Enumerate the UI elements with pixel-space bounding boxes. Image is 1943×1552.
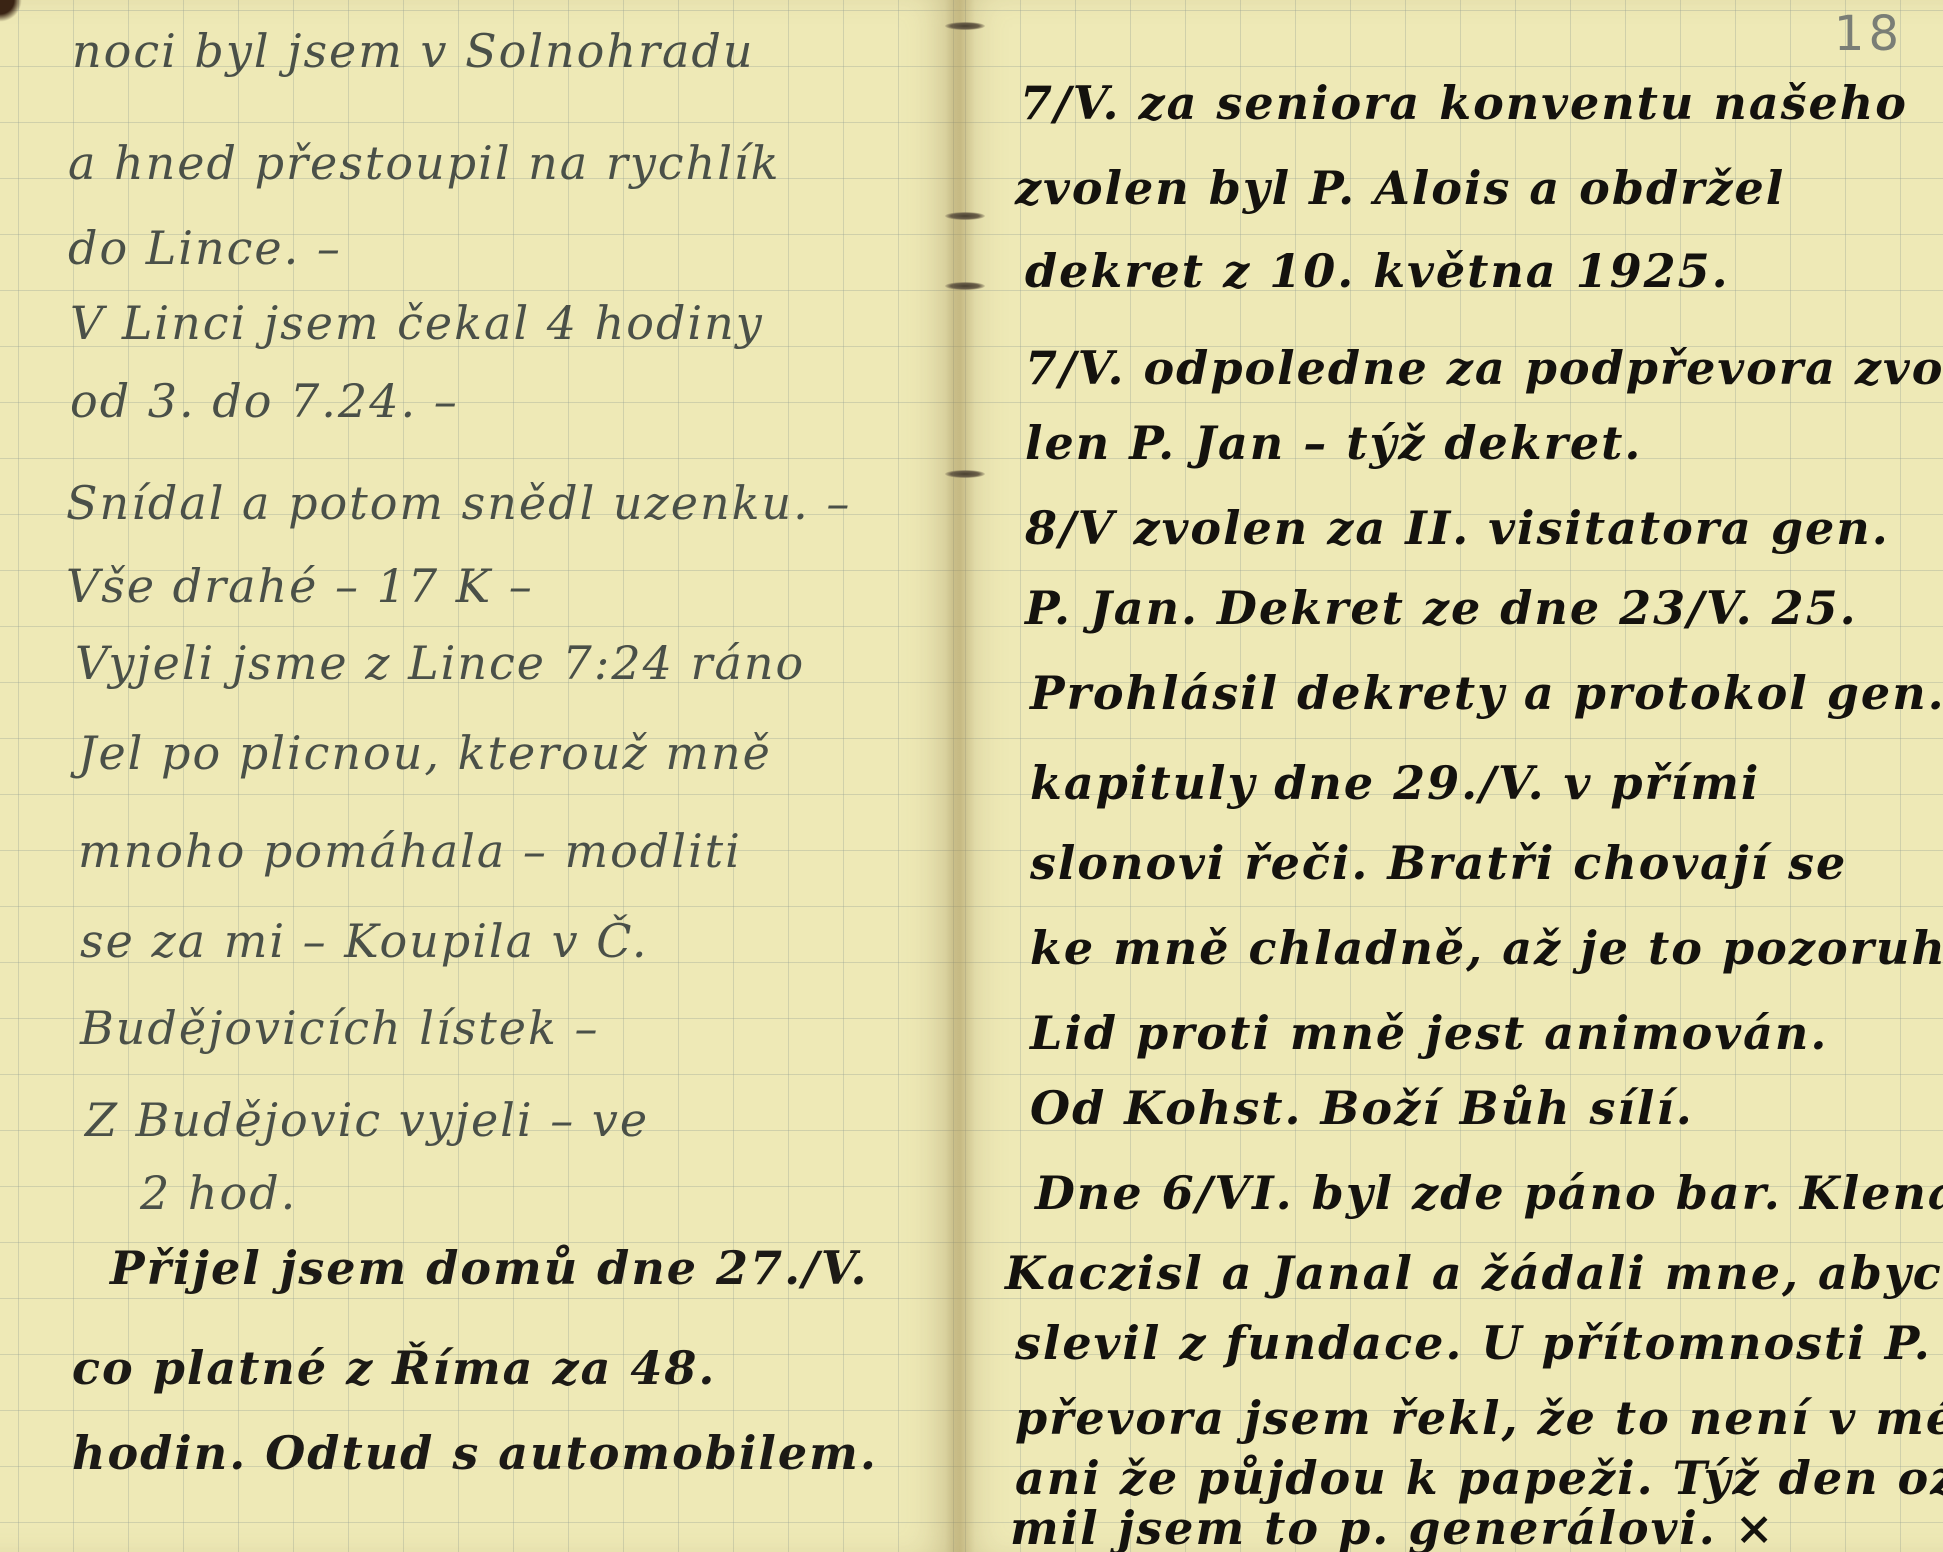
left-line-1: noci byl jsem v Solnohradu — [72, 28, 754, 74]
left-line-3: do Lince. – — [68, 225, 342, 271]
binding-corner — [0, 0, 22, 22]
right-line-2: zvolen byl P. Alois a obdržel — [1015, 165, 1785, 211]
right-line-11: ke mně chladně, až je to pozoruhodné. — [1030, 925, 1943, 971]
right-line-3: dekret z 10. května 1925. — [1025, 248, 1730, 294]
notebook-spread: noci byl jsem v Solnohradu a hned přesto… — [0, 0, 1943, 1552]
right-line-15: Kaczisl a Janal a žádali mne, abych — [1005, 1250, 1943, 1296]
staple-1 — [945, 22, 985, 30]
right-line-10: slonovi řeči. Bratři chovají se — [1030, 840, 1847, 886]
right-line-9: kapituly dne 29./V. v přími — [1030, 760, 1760, 806]
right-line-5: len P. Jan – týž dekret. — [1025, 420, 1642, 466]
right-line-12: Lid proti mně jest animován. — [1030, 1010, 1828, 1056]
right-line-6: 8/V zvolen za II. visitatora gen. — [1025, 505, 1890, 551]
left-line-4: V Linci jsem čekal 4 hodiny — [70, 300, 764, 346]
right-line-7: P. Jan. Dekret ze dne 23/V. 25. — [1025, 585, 1858, 631]
right-line-14: Dne 6/VI. byl zde páno bar. Klenauy a — [1035, 1170, 1943, 1216]
left-line-10: mnoho pomáhala – modliti — [78, 828, 742, 874]
left-line-6: Snídal a potom snědl uzenku. – — [66, 480, 851, 526]
staple-2 — [945, 212, 985, 220]
staple-3 — [945, 282, 985, 290]
right-line-13: Od Kohst. Boží Bůh sílí. — [1030, 1085, 1694, 1131]
staple-4 — [945, 470, 985, 478]
left-line-13: Z Budějovic vyjeli – ve — [85, 1097, 649, 1143]
page-number: 18 — [1834, 6, 1903, 62]
left-line-16: co platné z Říma za 48. — [72, 1345, 716, 1391]
right-page: 18 7/V. za seniora konventu našeho zvole… — [955, 0, 1943, 1552]
book-gutter — [945, 0, 975, 1552]
left-line-17: hodin. Odtud s automobilem. — [72, 1430, 878, 1476]
right-line-16: slevil z fundace. U přítomnosti P. pod- — [1015, 1320, 1943, 1366]
right-line-19: mil jsem to p. generálovi. × — [1010, 1505, 1775, 1551]
left-line-8: Vyjeli jsme z Lince 7:24 ráno — [75, 640, 805, 686]
left-line-15: Přijel jsem domů dne 27./V. — [110, 1245, 869, 1291]
left-line-7: Vše drahé – 17 K – — [66, 563, 534, 609]
left-line-14: 2 hod. — [140, 1170, 297, 1216]
right-line-17: převora jsem řekl, že to není v mé moci — [1015, 1395, 1943, 1441]
left-line-5: od 3. do 7.24. – — [70, 378, 459, 424]
left-line-9: Jel po plicnou, kterouž mně — [78, 730, 772, 776]
left-line-11: se za mi – Koupila v Č. — [80, 918, 648, 964]
right-line-18: ani že půjdou k papeži. Týž den ozná- — [1015, 1455, 1943, 1501]
right-line-8: Prohlásil dekrety a protokol gen. — [1030, 670, 1943, 716]
left-page: noci byl jsem v Solnohradu a hned přesto… — [0, 0, 955, 1552]
right-line-4: 7/V. odpoledne za podpřevora zvo- — [1025, 345, 1943, 391]
right-line-1: 7/V. za seniora konventu našeho — [1020, 80, 1908, 126]
left-line-12: Budějovicích lístek – — [80, 1005, 599, 1051]
left-line-2: a hned přestoupil na rychlík — [68, 140, 781, 186]
